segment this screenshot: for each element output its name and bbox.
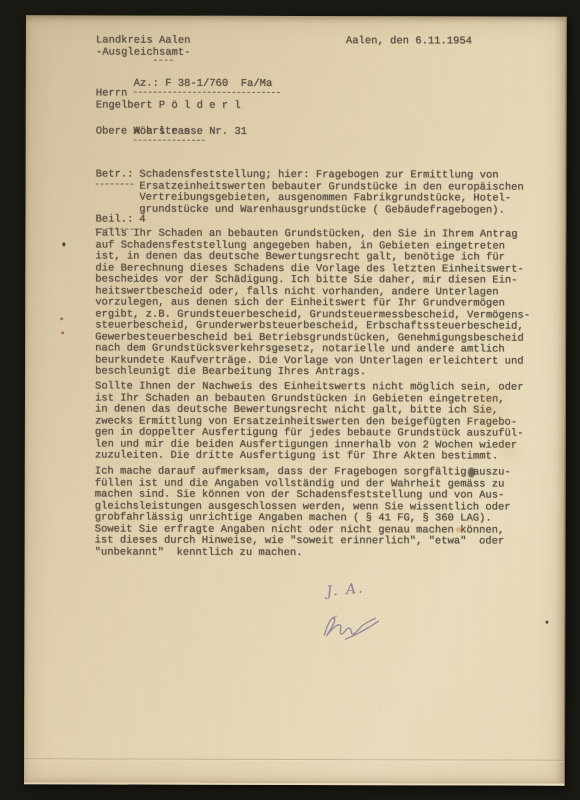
subject-label: Betr.: bbox=[95, 169, 133, 215]
subject-text: Schadensfeststellung; hier: Fragebogen z… bbox=[139, 170, 523, 217]
recipient-name: Engelbert P ö l d e r l bbox=[96, 100, 241, 112]
subject-label-text: Betr.: bbox=[96, 169, 134, 184]
document-paper: Landkreis Aalen -Ausgleichsamt- Aalen, d… bbox=[24, 15, 567, 785]
subject-block: Betr.: Schadensfeststellung; hier: Frage… bbox=[95, 169, 523, 216]
body-paragraph-1: Falls Ihr Schaden an bebauten Grundstück… bbox=[95, 228, 530, 379]
paper-crease-line bbox=[24, 758, 564, 760]
paper-speck bbox=[545, 621, 548, 624]
signature-initials: J. A. bbox=[326, 580, 365, 600]
sender-block: Landkreis Aalen -Ausgleichsamt- bbox=[96, 35, 191, 58]
recipient-street: Obere Wöhrstrasse Nr. 31 bbox=[96, 126, 247, 138]
body-paragraph-3: Ich mache darauf aufmerksam, dass der Fr… bbox=[95, 466, 511, 559]
typewriter-correction-blot bbox=[468, 467, 475, 477]
date-line: Aalen, den 6.11.1954 bbox=[346, 36, 472, 48]
body-paragraph-2: Sollte Ihnen der Nachweis des Einheitswe… bbox=[95, 381, 524, 463]
paper-speck bbox=[60, 317, 63, 320]
sender-underline-mark bbox=[154, 60, 173, 61]
recipient-salutation: Herrn bbox=[96, 88, 128, 100]
paper-speck bbox=[62, 242, 65, 246]
photo-background: Landkreis Aalen -Ausgleichsamt- Aalen, d… bbox=[0, 0, 580, 800]
paper-speck bbox=[61, 331, 64, 334]
file-reference-text: Az.: F 38-1/760 Fa/Ma bbox=[134, 78, 281, 93]
signature-scrawl bbox=[317, 608, 383, 646]
